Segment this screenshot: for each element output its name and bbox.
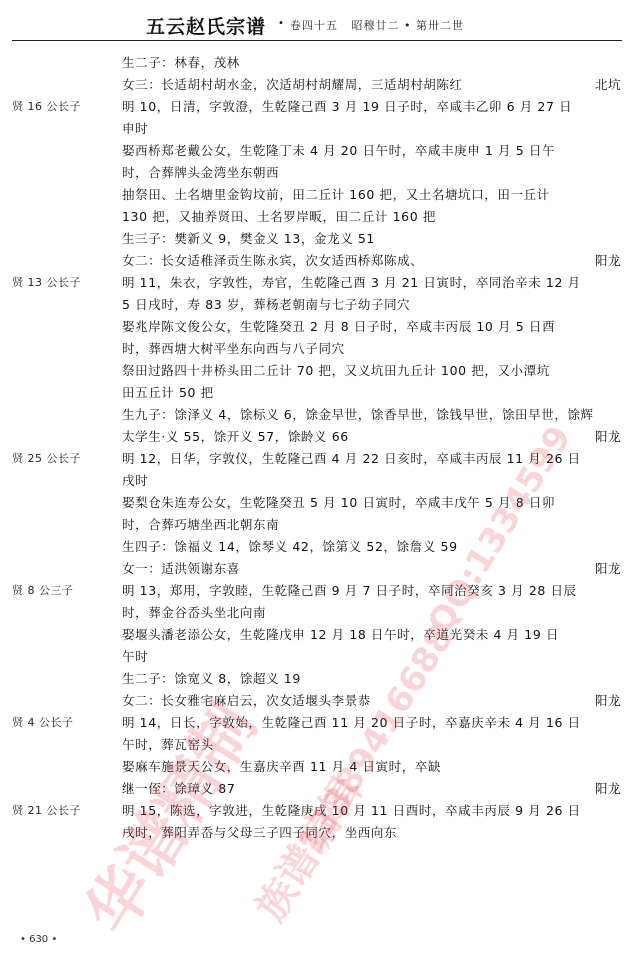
genealogy-line: 女二：长女雅宅麻启云，次女适堰头李景恭 xyxy=(122,690,622,712)
genealogy-line: 时，合葬牌头金湾坐东朝西 xyxy=(122,162,622,184)
genealogy-line: 时，葬金谷岙头坐北向南 xyxy=(122,602,622,624)
genealogy-line: 生四子：馀福义 14，馀琴义 42，馀第义 52，馀詹义 59 xyxy=(122,536,622,558)
genealogy-line: 生九子：馀泽义 4，馀标义 6，馀金早世，馀香早世，馀钱早世，馀田早世，馀辉 xyxy=(122,404,622,426)
genealogy-line: 明 15，陈选，字敦进，生乾隆庚戌 10 月 11 日酉时，卒咸丰丙辰 9 月 … xyxy=(122,800,622,822)
lineage-note: 贤 8 公三子 xyxy=(12,580,74,602)
genealogy-line: 娶梨仓朱连寿公女，生乾隆癸丑 5 月 10 日寅时，卒咸丰戊午 5 月 8 日卯 xyxy=(122,492,622,514)
genealogy-line: 女一：适洪领谢东喜 xyxy=(122,558,622,580)
genealogy-line: 时，葬西塘大树平坐东向西与八子同穴 xyxy=(122,338,622,360)
lineage-note: 贤 21 公长子 xyxy=(12,800,81,822)
page-number: • 630 • xyxy=(20,934,57,945)
burial-place-label: 阳龙 xyxy=(595,426,621,448)
genealogy-line: 太学生·义 55，馀开义 57，馀龄义 66 xyxy=(122,426,622,448)
genealogy-line: 娶麻车施景天公女，生嘉庆辛酉 11 月 4 日寅时，卒缺 xyxy=(122,756,622,778)
genealogy-line: 祭田过路四十井桥头田二丘计 70 把，又义坑田九丘计 100 把，又小潭坑 xyxy=(122,360,622,382)
genealogy-title: 五云赵氏宗谱 xyxy=(146,12,266,39)
lineage-note: 贤 16 公长子 xyxy=(12,96,81,118)
genealogy-line: 时，合葬巧塘坐西北朝东南 xyxy=(122,514,622,536)
genealogy-line: 继一侄：馀璋义 87 xyxy=(122,778,622,800)
genealogy-line: 生二子：馀宽义 8，馀超义 19 xyxy=(122,668,622,690)
genealogy-line: 明 11，朱衣，字敦性，寿官，生乾隆己酉 3 月 21 日寅时，卒同治辛未 12… xyxy=(122,272,622,294)
genealogy-line: 明 14，日长，字敦始，生乾隆己酉 11 月 20 日子时，卒嘉庆辛未 4 月 … xyxy=(122,712,622,734)
page-header: 五云赵氏宗谱 • 卷四十五 昭穆廿二 • 第卅二世 xyxy=(0,0,635,42)
genealogy-line: 午时 xyxy=(122,646,622,668)
lineage-note: 贤 25 公长子 xyxy=(12,448,81,470)
genealogy-line: 130 把，又抽养贤田、土名罗岸畈，田二丘计 160 把 xyxy=(122,206,622,228)
header-rule xyxy=(12,40,622,41)
genealogy-line: 戌时，葬阳弄岙与父母三子四子同穴，坐西向东 xyxy=(122,822,622,844)
genealogy-line: 田五丘计 50 把 xyxy=(122,382,622,404)
genealogy-line: 明 13，郑用，字敦睦，生乾隆己酉 9 月 7 日子时，卒同治癸亥 3 月 28… xyxy=(122,580,622,602)
burial-place-label: 阳龙 xyxy=(595,250,621,272)
genealogy-line: 戌时 xyxy=(122,470,622,492)
lineage-note: 贤 4 公长子 xyxy=(12,712,74,734)
burial-place-label: 阳龙 xyxy=(595,690,621,712)
genealogy-line: 生二子：林春，茂林 xyxy=(122,52,622,74)
genealogy-line: 女三：长适胡村胡水金，次适胡村胡耀周，三适胡村胡陈红 xyxy=(122,74,622,96)
genealogy-line: 生三子：樊新义 9，樊金义 13，金龙义 51 xyxy=(122,228,622,250)
genealogy-line: 娶西桥郑老戴公女，生乾隆丁未 4 月 20 日午时，卒咸丰庚申 1 月 5 日午 xyxy=(122,140,622,162)
genealogy-line: 女二：长女适稚泽贡生陈永宾，次女适西桥郑陈成、 xyxy=(122,250,622,272)
burial-place-label: 阳龙 xyxy=(595,558,621,580)
genealogy-line: 娶兆岸陈文俊公女，生乾隆癸丑 2 月 8 日子时，卒咸丰丙辰 10 月 5 日酉 xyxy=(122,316,622,338)
burial-place-label: 北坑 xyxy=(595,74,621,96)
lineage-note: 贤 13 公长子 xyxy=(12,272,81,294)
genealogy-line: 娶堰头潘老添公女，生乾隆戊申 12 月 18 日午时，卒道光癸未 4 月 19 … xyxy=(122,624,622,646)
volume-subtitle: 卷四十五 昭穆廿二 • 第卅二世 xyxy=(290,17,464,33)
genealogy-line: 抽祭田、土名塘里金钩坟前，田二丘计 160 把，又土名塘坑口，田一丘计 xyxy=(122,184,622,206)
genealogy-line: 午时，葬瓦窑头 xyxy=(122,734,622,756)
genealogy-line: 5 日戌时，寿 83 岁，葬杨老朝南与七子幼子同穴 xyxy=(122,294,622,316)
genealogy-line: 明 12，日华，字敦仪，生乾隆己酉 4 月 22 日亥时，卒咸丰丙辰 11 月 … xyxy=(122,448,622,470)
genealogy-line: 明 10，日清，字敦澄，生乾隆己酉 3 月 19 日子时，卒咸丰乙卯 6 月 2… xyxy=(122,96,622,118)
burial-place-label: 阳龙 xyxy=(595,778,621,800)
genealogy-line: 申时 xyxy=(122,118,622,140)
header-separator-dot: • xyxy=(278,18,284,29)
